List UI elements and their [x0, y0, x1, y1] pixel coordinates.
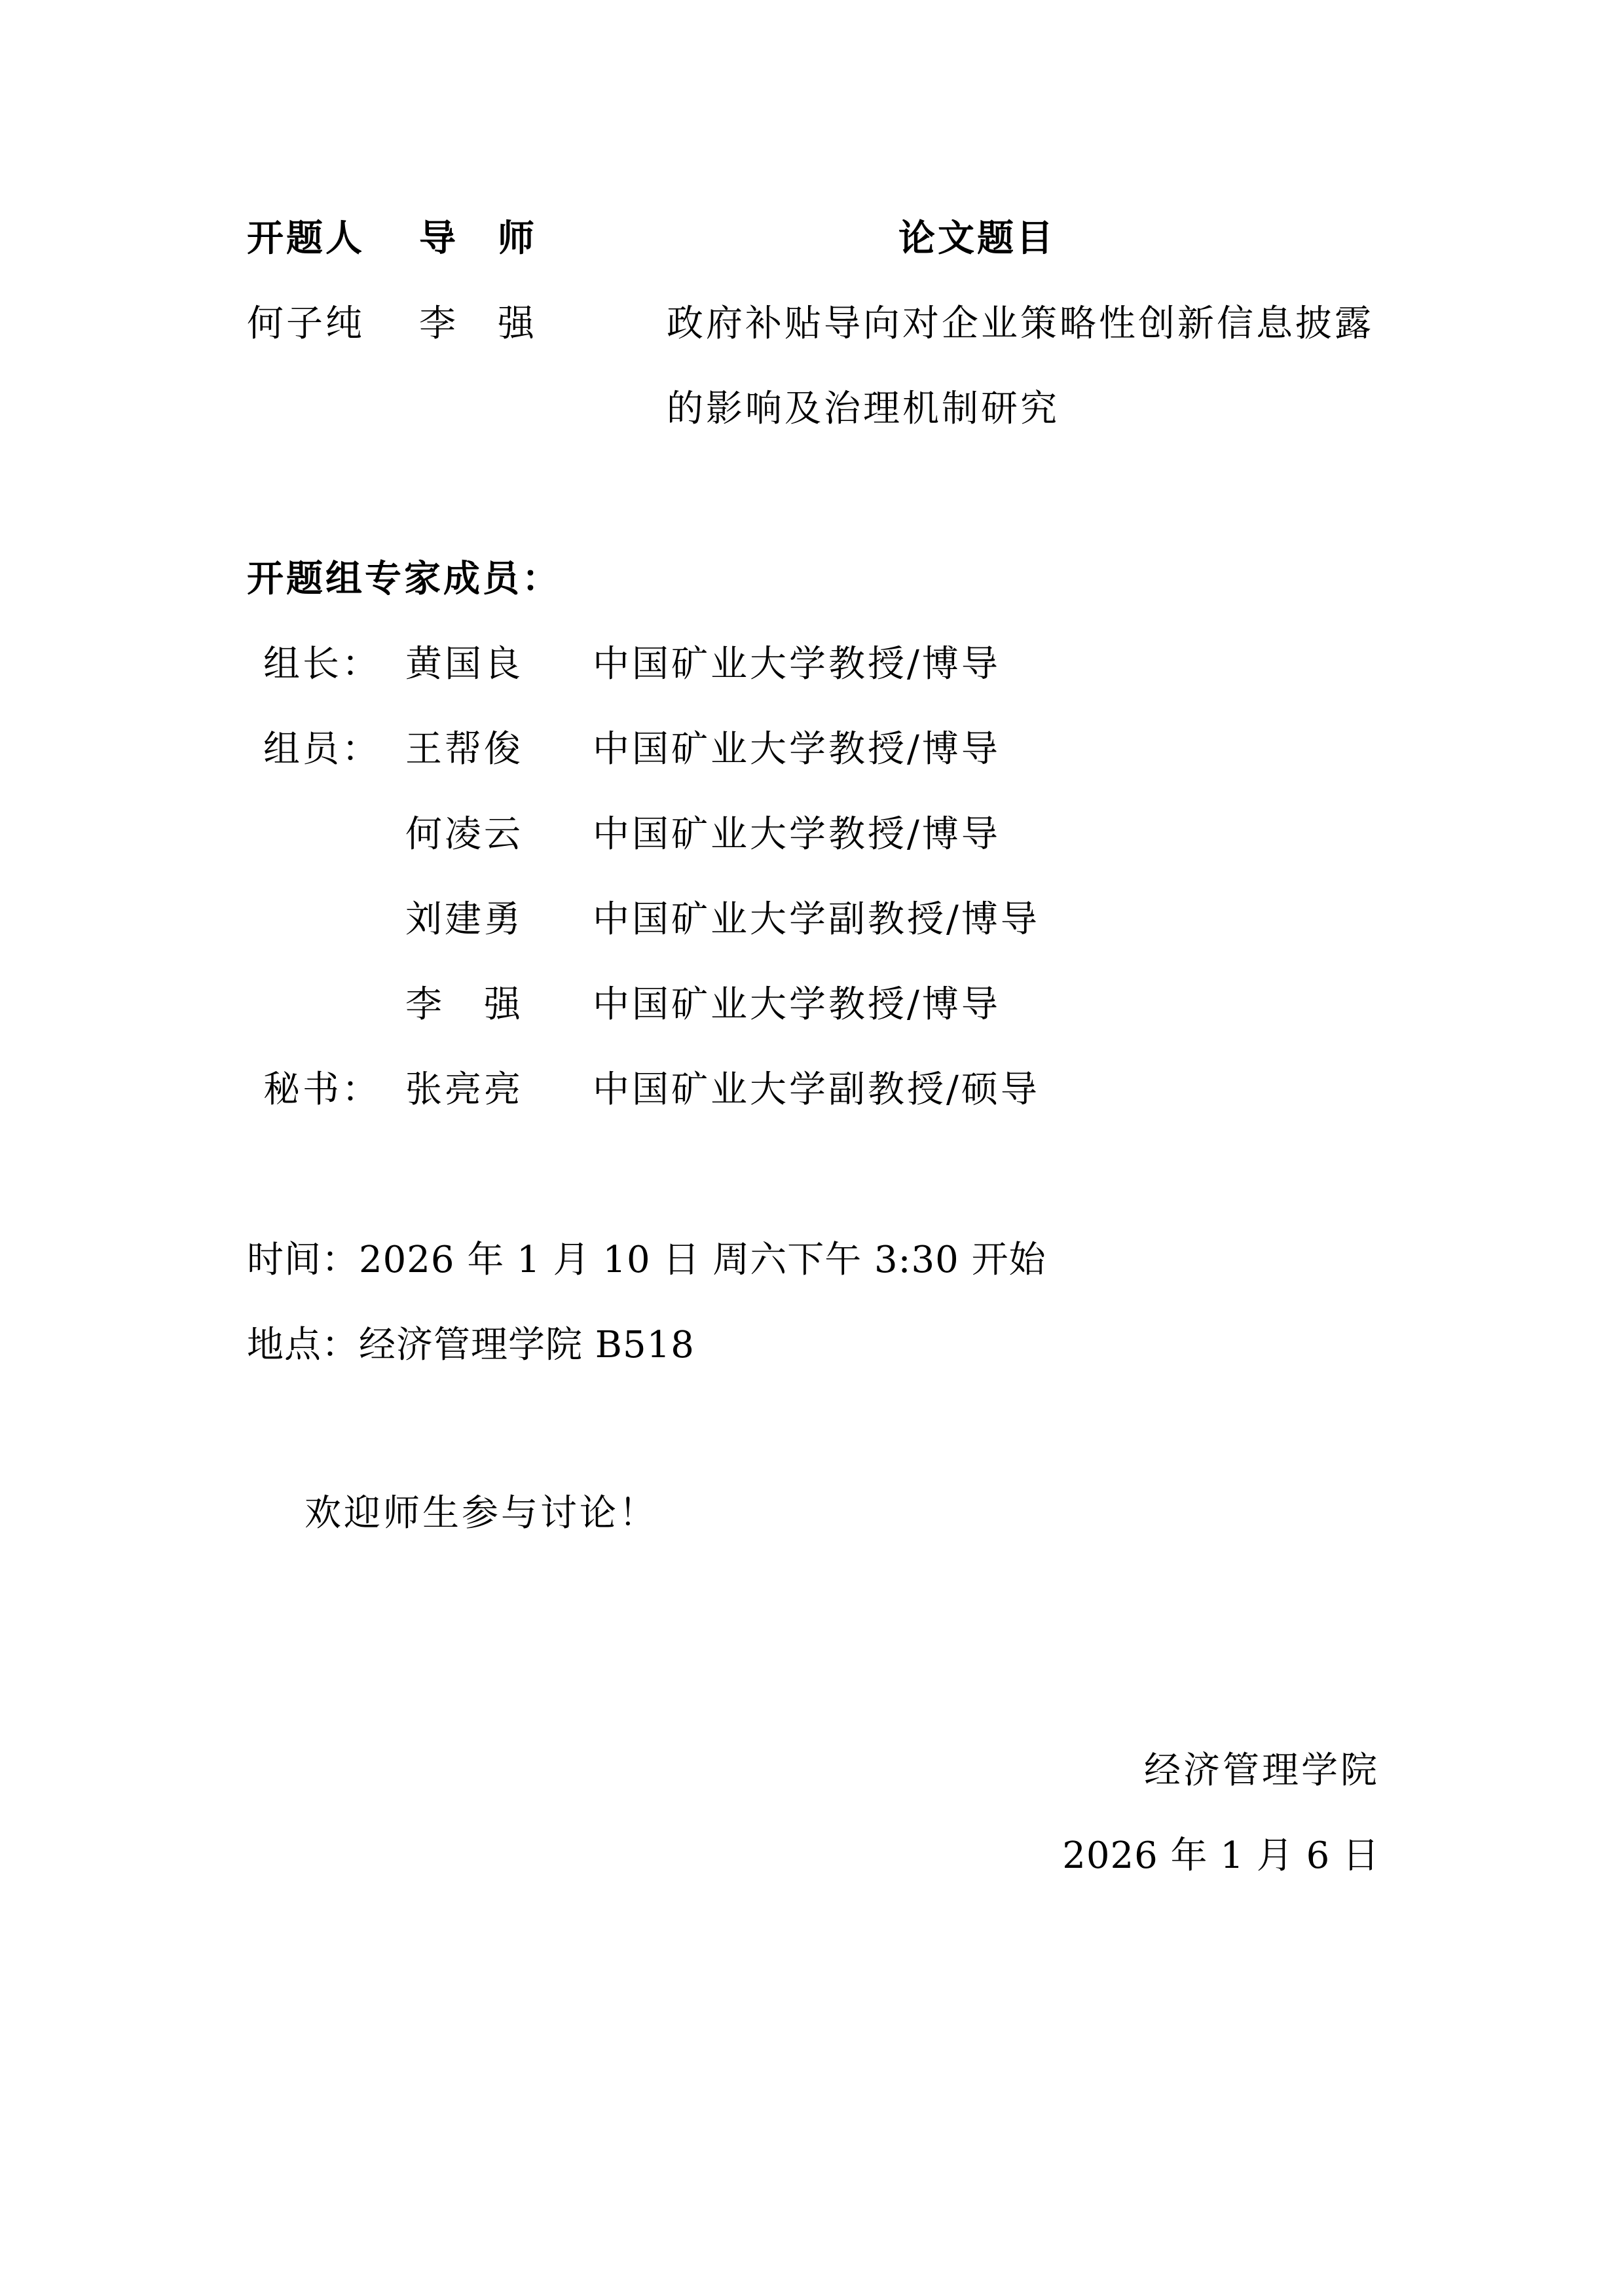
signature-org: 经济管理学院 — [1144, 1750, 1380, 1792]
member-name: 黄国良 — [405, 644, 523, 685]
member-affiliation: 中国矿业大学教授/博导 — [593, 814, 1001, 856]
advisor-name: 李 强 — [419, 303, 537, 345]
member-role: 秘书： — [263, 1069, 381, 1111]
member-affiliation: 中国矿业大学副教授/硕导 — [593, 1069, 1040, 1111]
welcome-message: 欢迎师生参与讨论！ — [304, 1493, 658, 1535]
member-name: 王帮俊 — [405, 729, 523, 771]
meeting-location: 地点：经济管理学院 B518 — [247, 1324, 695, 1366]
member-name: 何凌云 — [405, 814, 523, 856]
member-affiliation: 中国矿业大学副教授/博导 — [593, 899, 1040, 941]
member-affiliation: 中国矿业大学教授/博导 — [593, 644, 1001, 685]
meeting-time: 时间：2026 年 1 月 10 日 周六下午 3:30 开始 — [247, 1239, 1046, 1281]
title-column-header: 论文题目 — [898, 218, 1056, 260]
advisor-column-header: 导 师 — [419, 218, 537, 260]
member-affiliation: 中国矿业大学教授/博导 — [593, 729, 1001, 771]
member-affiliation: 中国矿业大学教授/博导 — [593, 984, 1001, 1026]
member-name: 刘建勇 — [405, 899, 523, 941]
member-role: 组长： — [263, 644, 381, 685]
presenter-name: 何子纯 — [247, 303, 365, 345]
committee-heading: 开题组专家成员： — [247, 558, 561, 600]
thesis-title-line-1: 政府补贴导向对企业策略性创新信息披露 — [667, 303, 1374, 345]
member-role: 组员： — [263, 729, 381, 771]
presenter-column-header: 开题人 — [247, 218, 365, 260]
member-name: 李 强 — [405, 984, 523, 1026]
signature-date: 2026 年 1 月 6 日 — [1062, 1835, 1380, 1877]
thesis-title-line-2: 的影响及治理机制研究 — [667, 388, 1060, 430]
member-name: 张亮亮 — [405, 1069, 523, 1111]
